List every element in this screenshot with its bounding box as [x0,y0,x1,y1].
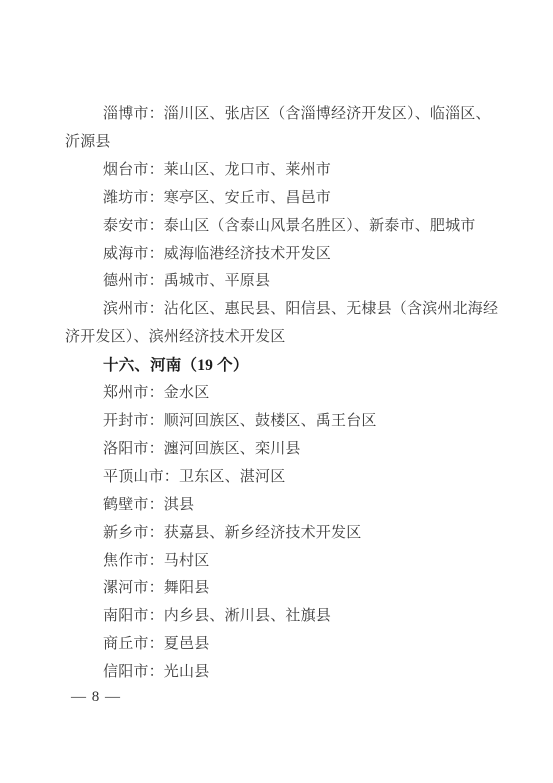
document-body: 淄博市：淄川区、张店区（含淄博经济开发区）、临淄区、 沂源县 烟台市：莱山区、龙… [65,101,495,687]
text-line: 淄博市：淄川区、张店区（含淄博经济开发区）、临淄区、 [65,101,495,129]
text-line: 泰安市：泰山区（含泰山风景名胜区）、新泰市、肥城市 [65,213,495,241]
document-page: 淄博市：淄川区、张店区（含淄博经济开发区）、临淄区、 沂源县 烟台市：莱山区、龙… [0,0,553,783]
text-line: 南阳市：内乡县、淅川县、社旗县 [65,603,495,631]
text-line: 开封市：顺河回族区、鼓楼区、禹王台区 [65,408,495,436]
text-line: 郑州市：金水区 [65,380,495,408]
text-line: 焦作市：马村区 [65,548,495,576]
text-line: 沂源县 [65,129,495,157]
section-heading: 十六、河南（19 个） [65,352,495,380]
text-line: 威海市：威海临港经济技术开发区 [65,241,495,269]
text-line: 济开发区）、滨州经济技术开发区 [65,324,495,352]
text-line: 商丘市：夏邑县 [65,631,495,659]
text-line: 潍坊市：寒亭区、安丘市、昌邑市 [65,185,495,213]
text-line: 洛阳市：瀍河回族区、栾川县 [65,436,495,464]
text-line: 鹤壁市：淇县 [65,492,495,520]
page-number: — 8 — [71,687,121,707]
text-line: 平顶山市：卫东区、湛河区 [65,464,495,492]
text-line: 新乡市：获嘉县、新乡经济技术开发区 [65,520,495,548]
text-line: 烟台市：莱山区、龙口市、莱州市 [65,157,495,185]
text-line: 漯河市：舞阳县 [65,575,495,603]
text-line: 滨州市：沾化区、惠民县、阳信县、无棣县（含滨州北海经 [65,296,495,324]
text-line: 德州市：禹城市、平原县 [65,268,495,296]
text-line: 信阳市：光山县 [65,659,495,687]
